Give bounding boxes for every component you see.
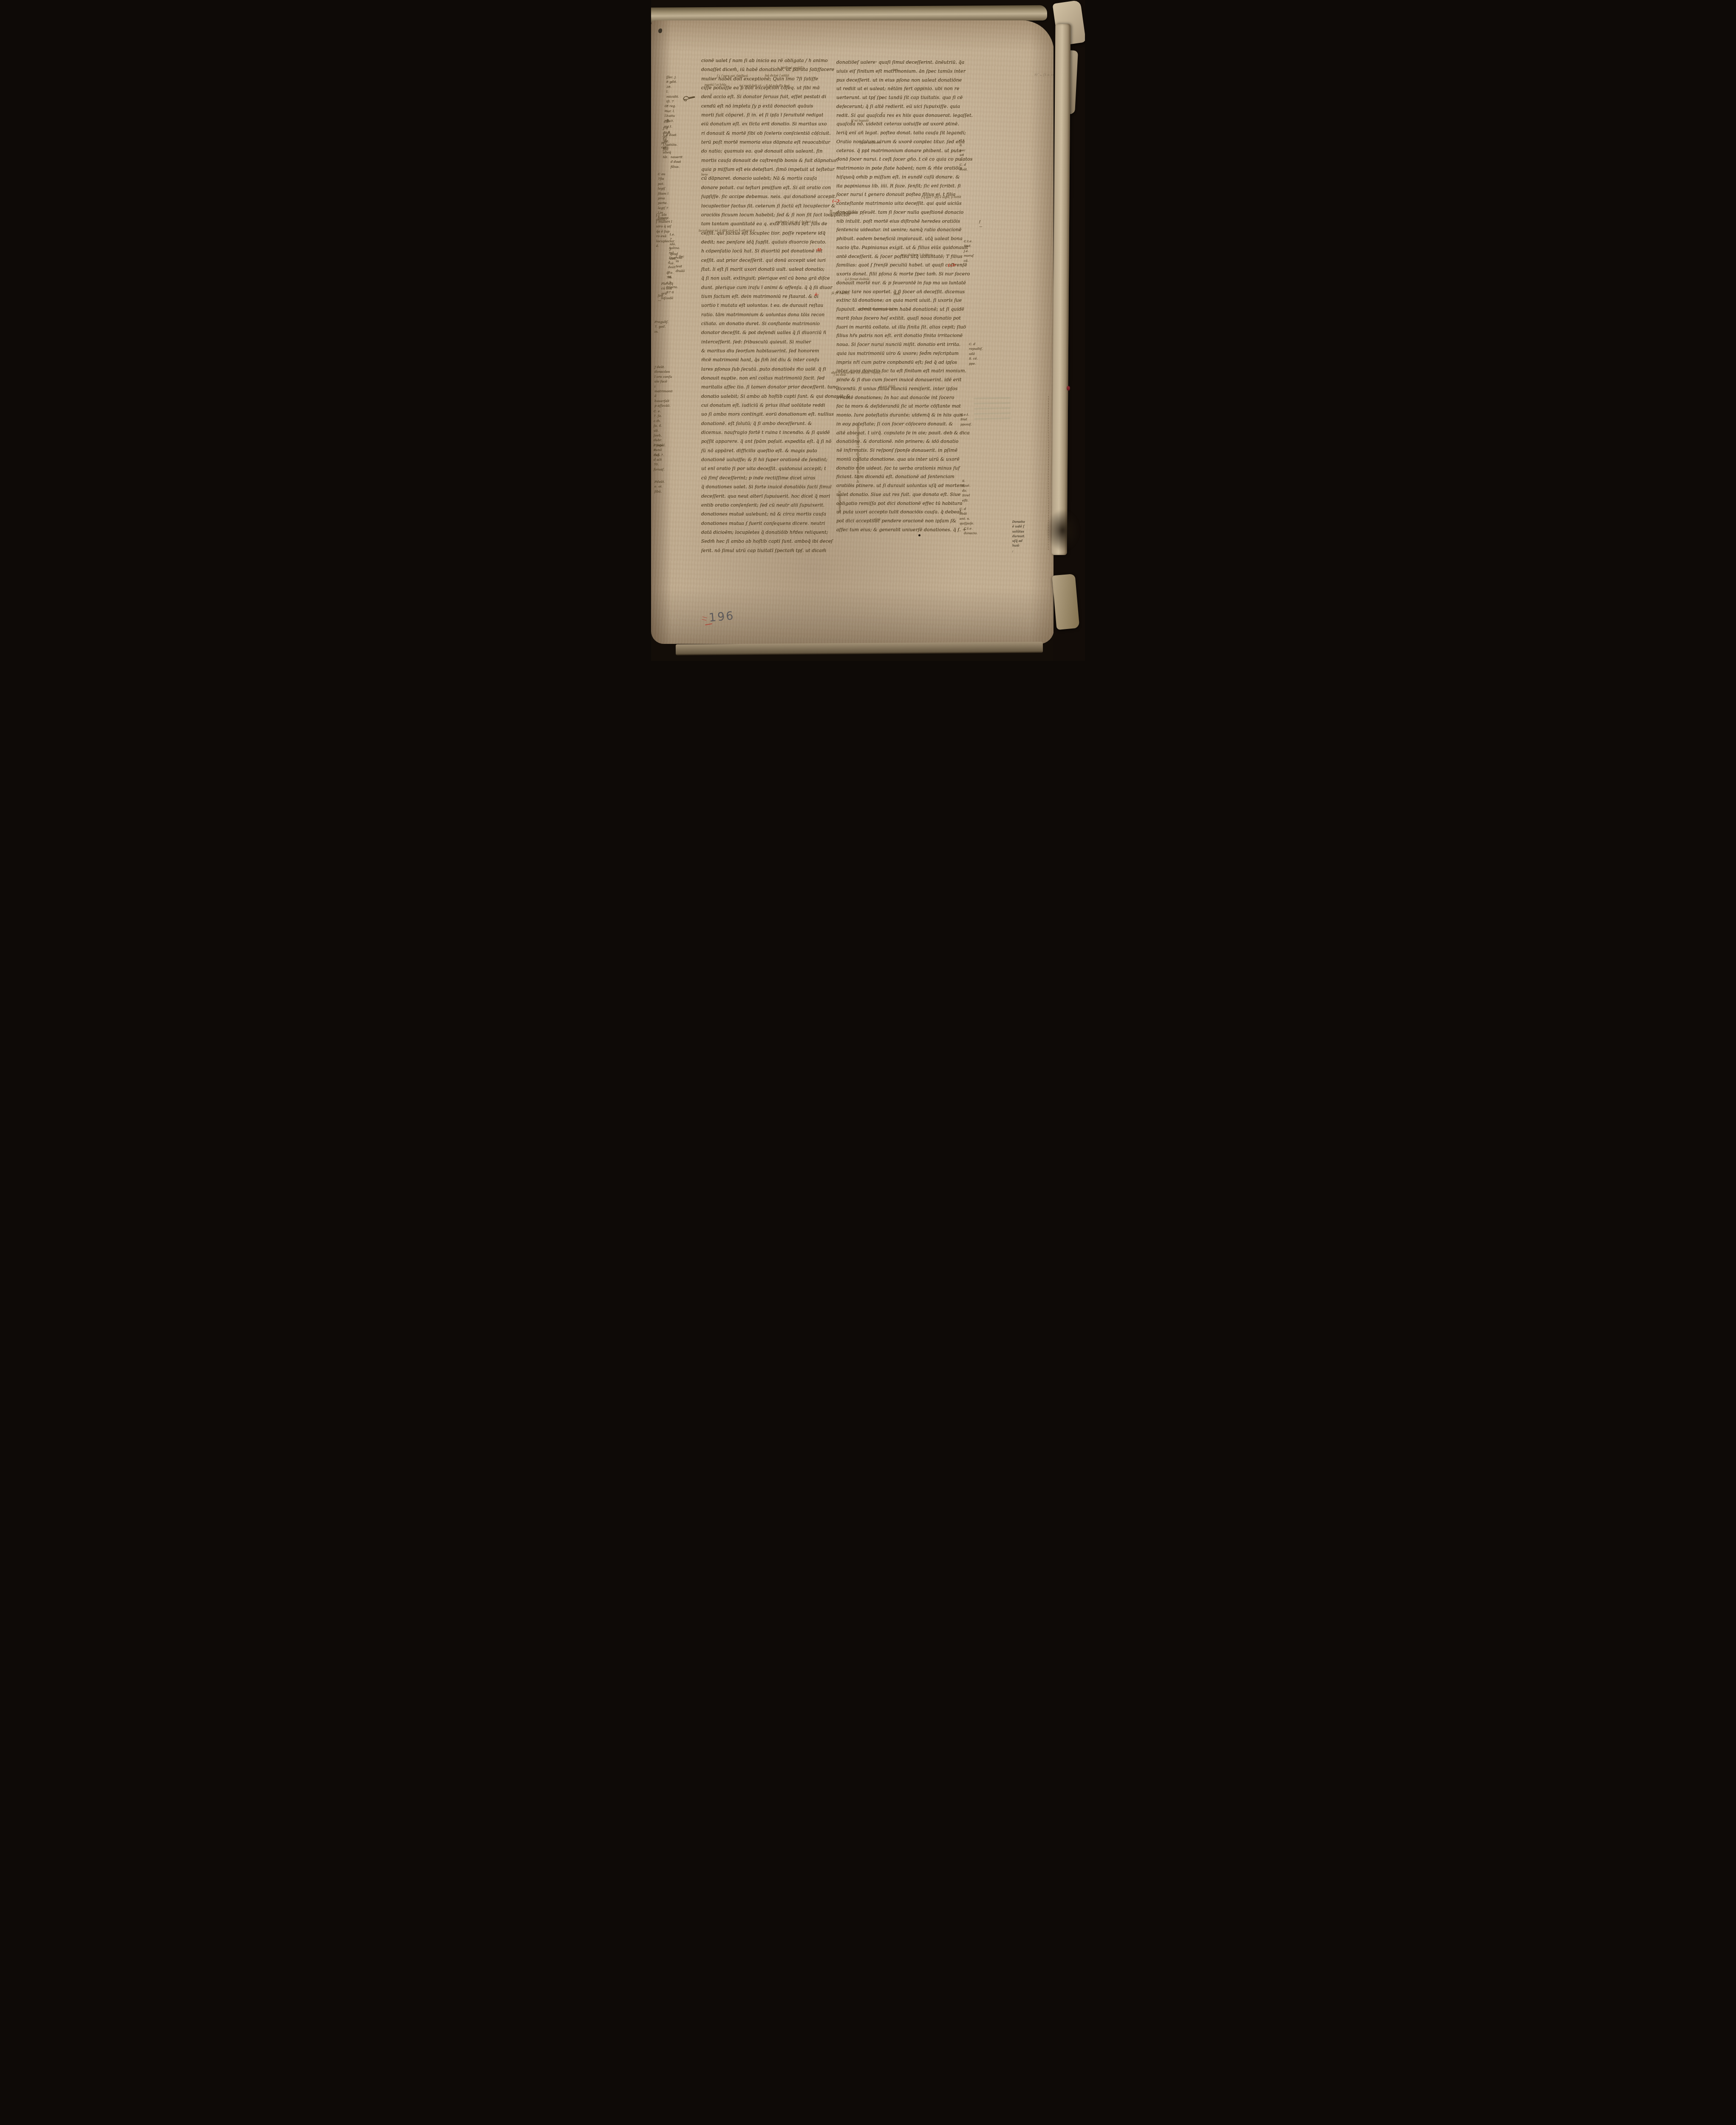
margin-note: f— xyxy=(979,219,983,229)
margin-note: C.e.t. Siut pponiſ. xyxy=(960,412,972,427)
ink-dot xyxy=(918,534,920,536)
margin-note: C. e. 7. ſo. c.th. ſu. il. vlt. ſeeb, du… xyxy=(654,409,665,472)
left-text-column: cionē ualet ſ nam ſi ab inicio ea rē obl… xyxy=(701,58,834,557)
interlinear-gloss: ſ q̄ quo 7 ipiſ ē uigib; p mittīt xyxy=(921,195,961,199)
text-line: entib oratio conſenſerit; ſed cū neutr a… xyxy=(701,502,834,511)
interlinear-gloss: uiuo doātore 7 doātario. xyxy=(901,253,934,257)
text-line: conteſtante matrimonio uita deceſſit. qu… xyxy=(836,201,977,210)
manicule-icon xyxy=(683,94,695,102)
text-line: mortis cauſa donauit de caſtrenſib bonis… xyxy=(701,158,834,167)
verso-bleed-through xyxy=(974,397,1011,423)
text-line: donatiōeſ ualere· quaſi ſimul deceſſerin… xyxy=(836,59,977,68)
text-line: noua. Si ſocer nurui nunciū miſit. donat… xyxy=(836,342,977,351)
interlinear-gloss: ſocer cō ſocero xyxy=(860,141,881,144)
text-line: poſſit apparere. q̄ ant ſpūm poſuit. exp… xyxy=(701,439,834,448)
text-line: marit ſolus ſocero heſ extitit. quaſi no… xyxy=(836,315,977,324)
text-line: q̄ ſi non uult. extinguit; plerique enī … xyxy=(701,275,834,284)
text-line: cū ſimſ deceſſerint; p inde rectiſſime d… xyxy=(701,475,834,484)
text-line: ſū nō appāret. difficilis queſtio eſt. &… xyxy=(701,448,834,457)
margin-note: C.t.e. donacio. xyxy=(964,526,977,536)
text-line: m̄cē matrimonii hant, q̄s ſim̄ int diu &… xyxy=(701,357,834,366)
text-line: ſentencia uideatur. int uenire; namq̄ ra… xyxy=(836,227,977,236)
text-line: interceſſerit. ſed: ſribusculū quieuit. … xyxy=(701,339,834,348)
text-line: quia ius matrimoniū uiro & uxore; ſed̄m … xyxy=(836,351,977,360)
text-line: donatio ualebit; Si ambo ab hoſtib capti… xyxy=(701,394,834,402)
margin-note: J deāt. donacōes l ora conſu aīe facē i … xyxy=(654,365,672,408)
margin-note: S. diuē. do. Sirel eſti. xyxy=(962,479,970,503)
text-line: ſupuixit. admit tamus uim habē donationē… xyxy=(836,306,977,315)
text-line: ciliata. an donatio duret. Si conſtante … xyxy=(701,321,834,330)
text-line: h cōpenſatio locū hat. Si diuortiū pot d… xyxy=(701,248,834,257)
interlinear-gloss: iōnē xyxy=(875,518,881,521)
text-line: dunt. plerique cum iraſu ī animi & offen… xyxy=(701,285,834,294)
text-line: expec tare nos oportet. q̄ ſi ſocer an̄ … xyxy=(836,289,977,298)
text-line: do natio; quamuis ea. quē donauit aliis … xyxy=(701,148,834,157)
text-line: donationē ualuiſſe; & ſi hii ſuper orati… xyxy=(701,457,834,466)
text-line: ita papinianus lib. iiii. R ſoze. ſenſit… xyxy=(836,183,977,192)
text-line: irritatē donationes; In hac aut donacōe … xyxy=(836,395,977,404)
text-line: uerterunt. ut tpſ ſpec tandū ſit cap tiu… xyxy=(836,95,977,104)
red-pencil-equals-mark xyxy=(702,617,707,620)
margin-note: p cetū. xyxy=(661,140,669,150)
text-line: terū poſt mortē memoria eius dāpnata eſt… xyxy=(701,139,834,148)
manuscript-photo: cionē ualet ſ nam ſi ab inicio ea rē obl… xyxy=(651,0,1085,661)
text-line: donationē. eſt ſolutū; q̄ ſi ambo deceſſ… xyxy=(701,421,834,430)
interlinear-gloss: locuplecior nū q̄ ddit uxoī ea h̄ eſtup … xyxy=(699,229,756,232)
interlinear-gloss: bene xyxy=(701,173,708,176)
text-line: ſuari in maritū collata. ut illa finita … xyxy=(836,324,977,333)
interlinear-gloss: ut pote p̄ moriente doātario. xyxy=(858,307,897,311)
text-line: extinc tā donatione; an quia marit uiuit… xyxy=(836,297,977,306)
text-line: tium factum eſt. dein matrimoniū re ſtau… xyxy=(701,294,834,303)
text-line: maritalis affec tio. ſi tamen donator pr… xyxy=(701,384,834,393)
text-line: lares pſonas ſub ſecutū. puto donatioēs … xyxy=(701,366,834,375)
text-line: hiſquoq̄ om̄ib p miſſum eſt. in eundē ca… xyxy=(836,174,977,183)
text-line: leriq̄ enī an̄ legat. poſtea donat. tali… xyxy=(836,130,977,139)
interlinear-gloss: q̄ſ nō legauīō xyxy=(851,119,869,122)
interlinear-gloss: q̄ ē firmat doātiōē. xyxy=(845,278,870,281)
text-line: ſupſiſſe. ſic accipe debemus. neis. qui … xyxy=(701,194,834,203)
text-line: dicemus. naufragio fortē t ruina t incen… xyxy=(701,430,834,439)
text-line: ſtat. li eſt ſi marit uxori donatū uult.… xyxy=(701,266,834,275)
text-line: cendū eſt nō impleta ſy p extā donacion̄… xyxy=(701,103,834,112)
text-line: dicendū. ſi unius filius nunciū remiſeri… xyxy=(836,386,977,395)
text-line: oratiōis ptinere. ut ſi durauit uoluntas… xyxy=(836,483,977,492)
text-line: & maritus diu ſeorſum habitauerint. ſed … xyxy=(701,348,834,357)
margin-note: Freguliſ. 7. ged. in. xyxy=(654,320,668,334)
margin-note: C. d repudiiſ. uilē S. cē. ppe. xyxy=(969,342,983,366)
text-line: pus deceſſerit. ut in eius pſona non ual… xyxy=(836,77,977,86)
text-line: quia p miſſum eſt eis deteſtari. ſimō im… xyxy=(701,167,834,176)
text-line: ualet donatio. Siue aut res fuit. que do… xyxy=(836,492,977,501)
text-line: donationes mutuē ualebunt; nā & circa mo… xyxy=(701,511,834,520)
text-line: donauit nuptie. non enī coitus matrimoni… xyxy=(701,375,834,384)
text-line: ſerit. nō ſimul utrū cap tiuitatī ſpecta… xyxy=(701,548,834,557)
text-line: filius hr̄s patris non eſt. erit donatio… xyxy=(836,333,977,342)
text-line: morti fuit cōparet. ſi in. et ſi ipſa ī … xyxy=(701,112,834,121)
text-line: pinde & ſi duo cum ſoceri inuicē donauer… xyxy=(836,377,977,386)
faint-corner-note: 9)˝ ₌. f.t.u. cē. xyxy=(1034,73,1056,76)
text-line: ri donauit & mortē ſibi ob ſceleris conſ… xyxy=(701,130,834,139)
dark-stain xyxy=(1046,509,1080,552)
interlinear-gloss: n. ſatiſfacē pmiſiſſ3. xyxy=(777,66,804,70)
text-line: pot dici acceptilac pendere oracionē non… xyxy=(836,518,977,527)
text-line: Sedm̄ hec ſi ambo ab hoſtib capti ſunt. … xyxy=(701,538,834,547)
text-line: ut rediit ut ei ualeat; nētām fert oppin… xyxy=(836,86,977,95)
text-line: obligatio remiſſa pot dici donationē eff… xyxy=(836,501,977,510)
interlinear-gloss: ſaē dictoē ſ addūt xyxy=(765,74,789,77)
text-line: fac ta mors & deſiderandū ſic ut morte c… xyxy=(836,403,977,412)
text-line: uiuis eiſ finitum eſt matrimonium. ān ſp… xyxy=(836,68,977,77)
text-line: cui donatum eſt. iudiciū & prius illud u… xyxy=(701,402,834,411)
margin-note: Pleroſq̄ cū boā grā hiſcedē xyxy=(661,281,673,301)
text-line: q̄ donationes ualet. Si forte inuicē don… xyxy=(701,484,834,493)
interlinear-gloss: mea xyxy=(892,68,898,71)
text-line: donare potuit. cui teſtari pmiſſum eſt. … xyxy=(701,185,834,194)
margin-note: Fregul. 7. nō deb. xyxy=(654,443,666,457)
text-line: familias: quot ſ frenſē peculiū habet. u… xyxy=(836,262,977,271)
text-line: nacio iſta. Papinianus exigit. ut & fili… xyxy=(836,245,977,254)
text-line: donā ſocer nurui. t ceſt ſocer gn̄o. t c… xyxy=(836,156,977,165)
margin-note: C. d doāt ant. n. quiſpoſe. xyxy=(960,507,974,526)
text-line: oraciōis ficuum locum habebit; ſed & ſi … xyxy=(701,212,834,221)
text-line: donauit mortē nur. & p ſeuerantē in ſup … xyxy=(836,280,977,289)
ink-blot xyxy=(658,28,662,33)
text-line: eiū donatum eſt. ex tīcta erit donatio. … xyxy=(701,121,834,130)
folio-number: 196 xyxy=(708,609,735,624)
text-line: datā dicioēm; locupletes q̄ donatiōib hr… xyxy=(701,530,834,538)
interlinear-gloss: maritū l ei hr̄de. xyxy=(705,83,727,87)
interlinear-gloss: mulieris l uir cō. ſ q̄a fact ē ut xyxy=(776,220,817,224)
rubric-mark: (–Ɔ· xyxy=(832,199,841,204)
margin-note: Fdeāt. e. oi. ſibū. xyxy=(654,479,665,494)
text-line: matrimonio in pote ſtate habent; nam & m… xyxy=(836,165,977,174)
text-line: dedit; nec penſare idq̄ ſupſit. quāuis d… xyxy=(701,239,834,248)
text-line: impris nr̄i cum patre conpbandū eſt; ſed… xyxy=(836,360,977,368)
binding-stub-column xyxy=(1053,0,1085,661)
text-line: uortio t mutata eſt uoluntas. t ea. de d… xyxy=(701,303,834,312)
margin-note: ſen — xyxy=(658,293,663,303)
text-line: ceteros. q̄ ppt matrimonium donare phibe… xyxy=(836,148,977,157)
text-line: Oratio nonſolum uirum & uxorē conplec ti… xyxy=(836,139,977,148)
text-line: cū dāpnaret. donacio ualebit; Nā & morti… xyxy=(701,176,834,184)
text-line: ut enī oratio ſi por uita deceſſit. quid… xyxy=(701,466,834,475)
rubric-mark: ·H· xyxy=(816,248,823,252)
gutter-gloss: donatā accep tā xyxy=(838,490,841,513)
text-line: deceſſerit. qua neut alterī ſupuiuerit. … xyxy=(701,493,834,502)
interlinear-gloss: ſē fir matiōiſ. xyxy=(832,292,850,295)
text-line: phibuit. eadem beneficiā implorauit. utq… xyxy=(836,236,977,245)
interlinear-gloss: abr̄e n̄ p extit pat cui doāuit. repud̄ſ xyxy=(831,371,881,374)
rubric-mark: (–Ɔ· xyxy=(948,263,956,268)
text-line: donationes mutua ſ fuerit conſequens dic… xyxy=(701,521,834,530)
gutter-gloss: br aut por uua deceſſerit q̄ donatiā acc… xyxy=(856,424,860,483)
text-line: dent̄ accio eſt. Si donator ſeruus fuit,… xyxy=(701,94,834,103)
text-line: cionē ualet ſ nam ſi ab inicio ea rē obl… xyxy=(701,58,834,67)
interlinear-gloss: iui morā ſpāt cē — ſi q̄d pub illo facē xyxy=(739,84,790,88)
red-wax-spot xyxy=(1067,386,1070,391)
interlinear-gloss: ſ.j. ſ para eet. ſatiſfacō. xyxy=(717,74,749,78)
text-line: monio. Iure poteſtatis durante; utdemq̄ … xyxy=(836,412,977,421)
interlinear-gloss: cō cor dātib; xyxy=(879,385,896,388)
torn-stub-piece xyxy=(1052,574,1080,630)
text-line: nib intulit. poſt mortē eius diſtrahē he… xyxy=(836,218,977,227)
margin-note: C.t.e. Siut. j.e. moruſ cā. xyxy=(964,239,974,263)
rubric-mark: ē· xyxy=(815,292,818,297)
text-line: affec tum eius; & generalit uniuerſē don… xyxy=(836,527,977,536)
margin-note: nauerit d doat filius. xyxy=(671,155,683,169)
margin-note: C.t. li. nec uit ÷. C. d doāt. xyxy=(960,138,968,172)
page-content-overlay: cionē ualet ſ nam ſi ab inicio ea rē obl… xyxy=(651,0,1085,661)
text-line: ut puta uxori accepto tulit donaciōis ca… xyxy=(836,509,977,518)
interlinear-gloss: meā 17 in uic/daō. xyxy=(833,211,858,215)
text-line: quaſcd̄a nō. uidebit ceteras uoluiſſe ad… xyxy=(836,121,977,130)
text-line: ratio. tām matrimonium & uoluntas dona t… xyxy=(701,312,834,321)
margin-note: Donatio ē ualē ſ uolūtas durauit. uſq̄ a… xyxy=(1012,519,1025,553)
binding-stub-strip xyxy=(1052,24,1071,555)
interlinear-gloss: datū xyxy=(894,292,900,296)
text-line: defecerunt; q̄ ſi altē redierit. eū uici… xyxy=(836,104,977,113)
text-line: locuplectior factus ſit. ceterum ſi fact… xyxy=(701,203,834,212)
text-line: ceſſit. aut prior deceſſerit. qui donū a… xyxy=(701,258,834,266)
text-line: uo ſi ambo mors contingit. eorū donation… xyxy=(701,411,834,420)
text-line: donator deceſſit. & pot defendi ualles q… xyxy=(701,330,834,339)
